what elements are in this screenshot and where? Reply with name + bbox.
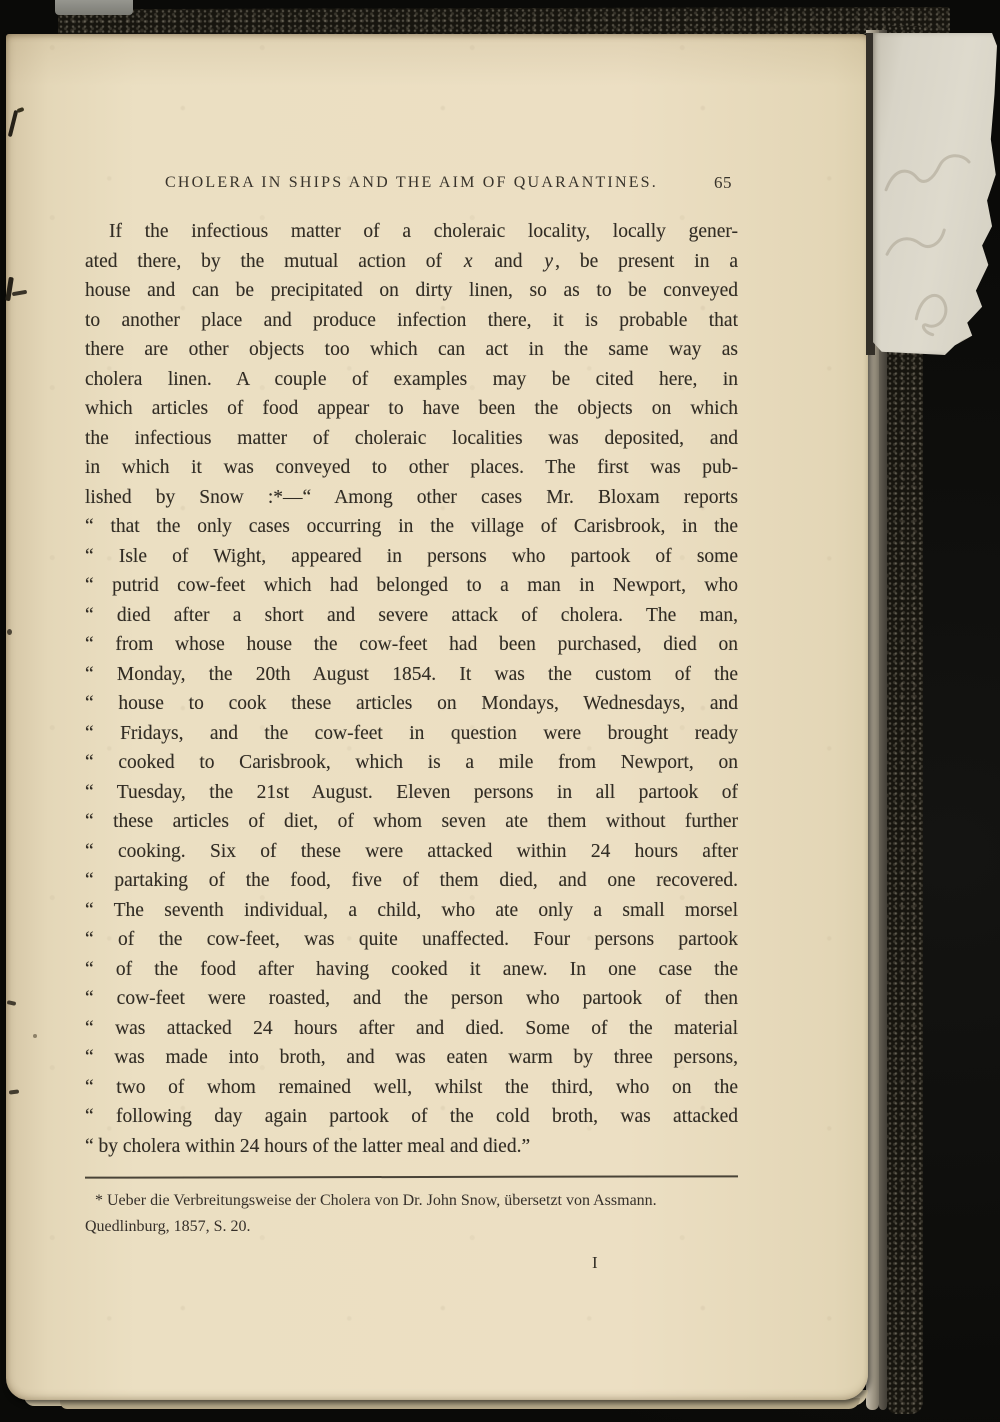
book-page: CHOLERA IN SHIPS AND THE AIM OF QUARANTI… bbox=[6, 34, 868, 1400]
body-line: cholera linen. A couple of examples may … bbox=[85, 365, 738, 395]
body-line: “ that the only cases occurring in the v… bbox=[85, 512, 738, 542]
scan-clamp-patch bbox=[55, 0, 133, 15]
paper-speck bbox=[33, 1034, 37, 1038]
body-line: which articles of food appear to have be… bbox=[85, 394, 738, 424]
body-line: “ two of whom remained well, whilst the … bbox=[85, 1073, 738, 1103]
book-cover-top-edge bbox=[58, 7, 950, 36]
body-line: “ putrid cow-feet which had belonged to … bbox=[85, 571, 738, 601]
page-number: 65 bbox=[714, 172, 732, 194]
body-line: “ was made into broth, and was eaten war… bbox=[85, 1043, 738, 1073]
body-line: “ from whose house the cow-feet had been… bbox=[85, 630, 738, 660]
signature-mark: I bbox=[85, 1253, 738, 1273]
body-line: “ cooking. Six of these were attacked wi… bbox=[85, 837, 738, 867]
body-text: If the infectious matter of a choleraic … bbox=[85, 217, 738, 1161]
running-header-title: CHOLERA IN SHIPS AND THE AIM OF QUARANTI… bbox=[165, 174, 658, 191]
body-line: the infectious matter of choleraic local… bbox=[85, 424, 738, 454]
body-line: “ Monday, the 20th August 1854. It was t… bbox=[85, 660, 738, 690]
paper-fragment bbox=[873, 33, 997, 355]
body-line: “ of the cow-feet, was quite unaffected.… bbox=[85, 925, 738, 955]
footnote: * Ueber die Verbreitungsweise der Choler… bbox=[85, 1188, 738, 1240]
binding-mark bbox=[7, 629, 12, 635]
body-line: in which it was conveyed to other places… bbox=[85, 453, 738, 483]
body-line: to another place and produce infection t… bbox=[85, 306, 738, 336]
book-scan: CHOLERA IN SHIPS AND THE AIM OF QUARANTI… bbox=[0, 0, 1000, 1422]
body-line: “ Fridays, and the cow-feet in question … bbox=[85, 719, 738, 749]
body-line: “ cow-feet were roasted, and the person … bbox=[85, 984, 738, 1014]
body-line: “ Tuesday, the 21st August. Eleven perso… bbox=[85, 778, 738, 808]
running-header: CHOLERA IN SHIPS AND THE AIM OF QUARANTI… bbox=[85, 172, 738, 194]
body-line: “ partaking of the food, five of them di… bbox=[85, 866, 738, 896]
body-line: “ by cholera within 24 hours of the latt… bbox=[85, 1132, 738, 1162]
body-line: lished by Snow :*—“ Among other cases Mr… bbox=[85, 483, 738, 513]
footnote-rule bbox=[85, 1175, 738, 1178]
body-line: ated there, by the mutual action of x an… bbox=[85, 247, 738, 277]
body-line: “ house to cook these articles on Monday… bbox=[85, 689, 738, 719]
body-line: there are other objects too which can ac… bbox=[85, 335, 738, 365]
footnote-line: * Ueber die Verbreitungsweise der Choler… bbox=[85, 1188, 738, 1214]
body-line: “ died after a short and severe attack o… bbox=[85, 601, 738, 631]
footnote-line: Quedlinburg, 1857, S. 20. bbox=[85, 1214, 738, 1240]
body-line: “ of the food after having cooked it ane… bbox=[85, 955, 738, 985]
body-line: “ Isle of Wight, appeared in persons who… bbox=[85, 542, 738, 572]
body-line: “ cooked to Carisbrook, which is a mile … bbox=[85, 748, 738, 778]
pencil-handwriting bbox=[873, 33, 997, 355]
body-line: “ The seventh individual, a child, who a… bbox=[85, 896, 738, 926]
text-column: CHOLERA IN SHIPS AND THE AIM OF QUARANTI… bbox=[85, 172, 738, 1273]
body-line: “ these articles of diet, of whom seven … bbox=[85, 807, 738, 837]
body-line: “ following day again partook of the col… bbox=[85, 1102, 738, 1132]
body-line: If the infectious matter of a choleraic … bbox=[85, 217, 738, 247]
body-line: “ was attacked 24 hours after and died. … bbox=[85, 1014, 738, 1044]
body-line: house and can be precipitated on dirty l… bbox=[85, 276, 738, 306]
